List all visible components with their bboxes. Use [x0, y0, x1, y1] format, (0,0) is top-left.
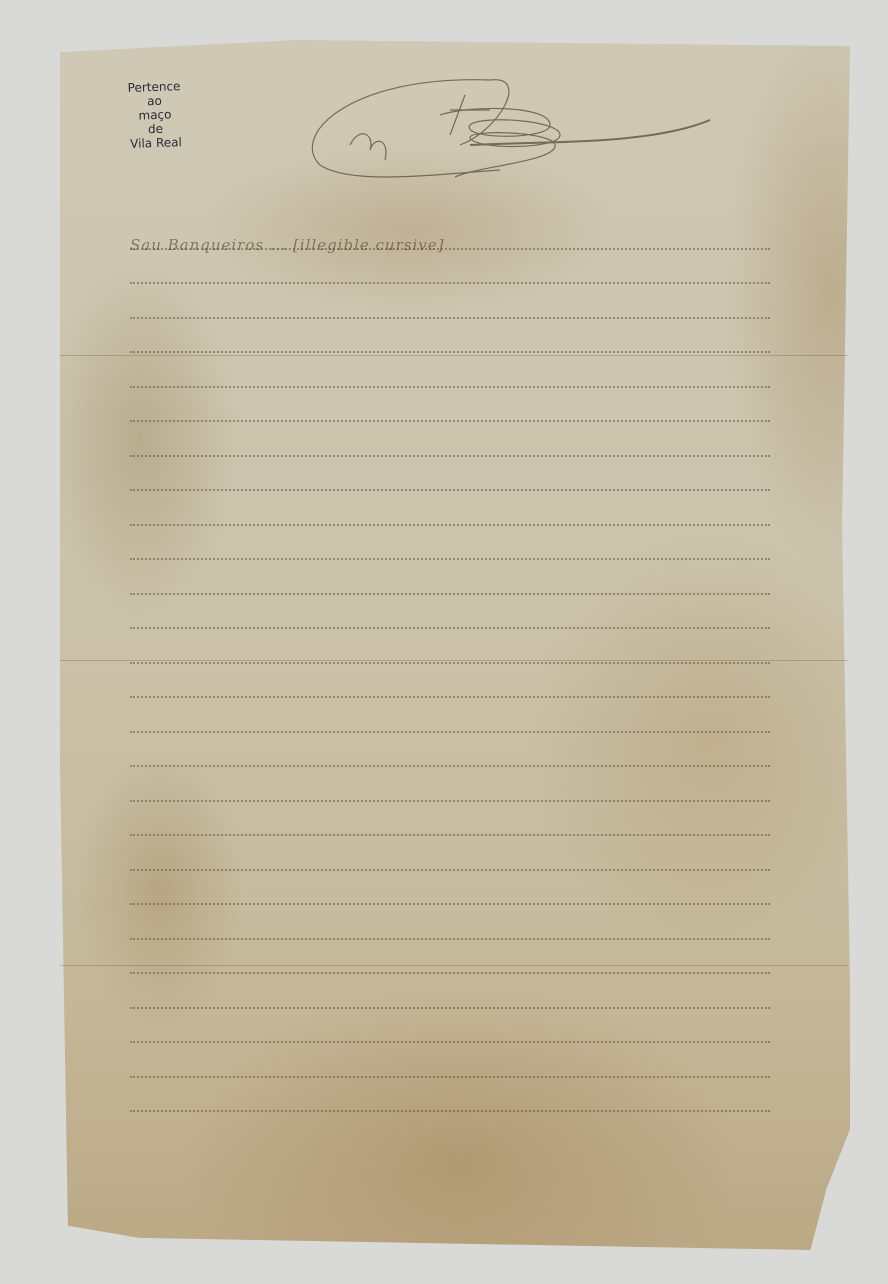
text-line: [130, 260, 810, 295]
text-line: [130, 398, 810, 433]
text-line: [130, 777, 810, 812]
text-line: [130, 363, 810, 398]
text-line: [130, 639, 810, 674]
text-line: [130, 743, 810, 778]
text-line: [130, 846, 810, 881]
text-line: [130, 1088, 810, 1123]
text-line: [130, 536, 810, 571]
text-line: [130, 984, 810, 1019]
text-line: [130, 881, 810, 916]
text-line: [130, 708, 810, 743]
text-line: [130, 294, 810, 329]
text-line: [130, 605, 810, 640]
signature-rubric-icon: [290, 75, 720, 185]
text-line: [130, 570, 810, 605]
text-line: [130, 467, 810, 502]
line-text: Sau Banqueiros ... [illegible cursive]: [130, 236, 444, 254]
manuscript-body: Sau Banqueiros ... [illegible cursive]: [130, 225, 810, 1122]
text-line: [130, 950, 810, 985]
text-line: Sau Banqueiros ... [illegible cursive]: [130, 225, 810, 260]
archival-note: Pertence ao maço de Vila Real: [109, 78, 201, 151]
text-line: [130, 1053, 810, 1088]
text-line: [130, 501, 810, 536]
text-line: [130, 432, 810, 467]
text-line: [130, 674, 810, 709]
text-line: [130, 1019, 810, 1054]
text-line: [130, 812, 810, 847]
text-line: [130, 329, 810, 364]
text-line: [130, 915, 810, 950]
